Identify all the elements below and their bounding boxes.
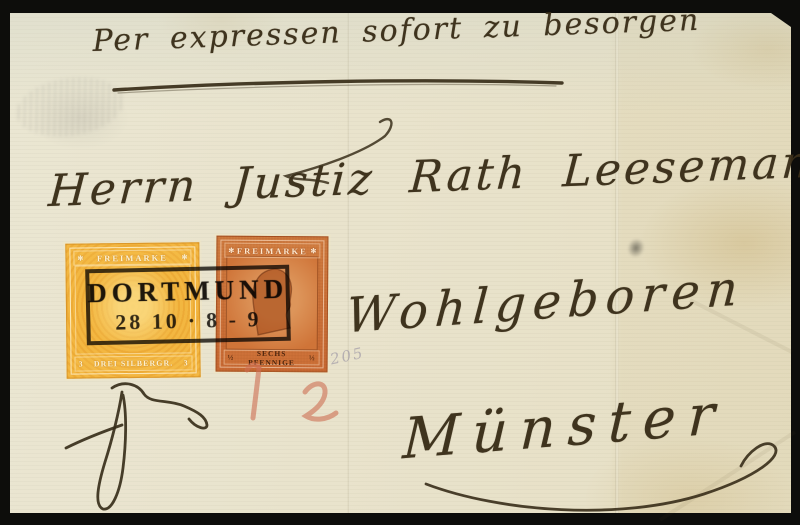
fold-line-left [347, 13, 350, 513]
postmark-time: 8 - 9 [206, 306, 262, 333]
rosette-icon: ✻ [182, 253, 188, 261]
postmark-separator: · [187, 308, 198, 334]
denomination-label: DREI SILBERGR. [84, 358, 184, 368]
value-numeral: 3 [184, 358, 189, 367]
value-numeral: ½ [309, 353, 316, 362]
postmark-datetime: 28 10 · 8 - 9 [115, 306, 262, 335]
postmark-date: 28 10 [115, 308, 180, 335]
stamp-denomination-band: ½ SECHS PFENNIGE ½ [224, 350, 320, 366]
stamp-header-band: ✻ FREIMARKE ✻ [73, 249, 191, 265]
rosette-icon: ✻ [310, 247, 316, 255]
postmark-town: DORTMUND [87, 274, 289, 310]
stamp-denomination-band: 3 DREI SILBERGR. 3 [74, 355, 192, 371]
stamp-header-band: ✻ FREIMARKE ✻ [224, 243, 320, 259]
postmark-box: DORTMUND 28 10 · 8 - 9 [85, 265, 291, 346]
freimarke-label: FREIMARKE [83, 252, 181, 263]
denomination-label: SECHS PFENNIGE [234, 348, 309, 367]
paper-corner-notch [771, 13, 791, 27]
photo-frame: Per expressen sofort zu besorgen Herrn J… [0, 0, 800, 525]
freimarke-label: FREIMARKE [234, 245, 310, 256]
